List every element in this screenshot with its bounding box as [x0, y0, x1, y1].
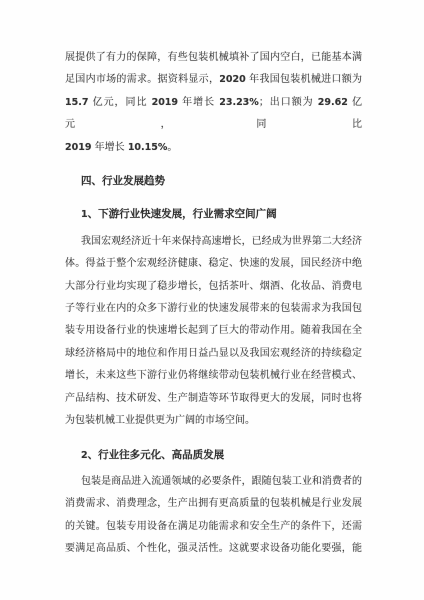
- text-line: 足国内市场的需求。据资料显示，2020 年我国包装机械进口额为: [65, 69, 362, 91]
- number-emphasis: 1: [81, 209, 88, 220]
- text-line: 我国宏观经济近十年来保持高速增长，已经成为世界第二大经济: [65, 231, 362, 253]
- number-emphasis: 10.15%: [128, 142, 168, 153]
- number-emphasis: 2: [81, 450, 88, 461]
- text-line: 装专用设备行业的快速增长起到了巨大的带动作用。随着我国在全: [65, 320, 362, 342]
- number-emphasis: 29.62: [318, 97, 348, 108]
- text-line: 增长，未来这些下游行业仍将继续带动包装机械行业在经营模式、: [65, 365, 362, 387]
- heading-diversification-quality: 2、行业往多元化、高品质发展: [65, 444, 362, 467]
- para-market-import-export: 展提供了有力的保障，有些包装机械填补了国内空白，已能基本满足国内市场的需求。据资…: [65, 47, 362, 159]
- text-line: 子等行业在内的众多下游行业的快速发展带来的包装需求为我国包: [65, 298, 362, 320]
- number-emphasis: 2019: [152, 97, 178, 108]
- number-emphasis: 15.7: [65, 97, 88, 108]
- para-macro-economy: 我国宏观经济近十年来保持高速增长，已经成为世界第二大经济体。得益于整个宏观经济健…: [65, 231, 362, 433]
- text-line: 展提供了有力的保障，有些包装机械填补了国内空白，已能基本满: [65, 47, 362, 69]
- text-line: 2019 年增长 10.15%。: [65, 137, 362, 159]
- number-emphasis: 23.23%: [219, 97, 259, 108]
- text-line: 包装是商品进入流通领域的必要条件，跟随包装工业和消费者的: [65, 471, 362, 493]
- text-line: 体。得益于整个宏观经济健康、稳定、快速的发展，国民经济中绝: [65, 253, 362, 275]
- document-page: 展提供了有力的保障，有些包装机械填补了国内空白，已能基本满足国内市场的需求。据资…: [0, 0, 424, 600]
- text-line: 球经济格局中的地位和作用日益凸显以及我国宏观经济的持续稳定: [65, 343, 362, 365]
- text-line: 消费需求、消费理念，生产出拥有更高质量的包装机械是行业发展: [65, 493, 362, 515]
- para-packaging-quality: 包装是商品进入流通领域的必要条件，跟随包装工业和消费者的消费需求、消费理念，生产…: [65, 471, 362, 561]
- text-line: 15.7 亿元，同比 2019 年增长 23.23%；出口额为 29.62 亿元…: [65, 92, 362, 137]
- number-emphasis: 2019: [65, 142, 91, 153]
- text-line: 要满足高品质、个性化，强灵活性。这就要求设备功能化要强，能: [65, 538, 362, 560]
- heading-downstream-growth: 1、下游行业快速发展，行业需求空间广阔: [65, 203, 362, 226]
- document-content: 展提供了有力的保障，有些包装机械填补了国内空白，已能基本满足国内市场的需求。据资…: [65, 47, 362, 561]
- text-line: 大部分行业均实现了稳步增长，包括茶叶、烟酒、化妆品、消费电: [65, 276, 362, 298]
- text-line: 产品结构、技术研发、生产制造等环节取得更大的发展，同时也将: [65, 388, 362, 410]
- number-emphasis: 2020: [219, 74, 245, 85]
- text-line: 的关键。包装专用设备在满足功能需求和安全生产的条件下，还需: [65, 516, 362, 538]
- text-line: 为包装机械工业提供更为广阔的市场空间。: [65, 410, 362, 432]
- heading-industry-trends: 四、行业发展趋势: [65, 170, 362, 192]
